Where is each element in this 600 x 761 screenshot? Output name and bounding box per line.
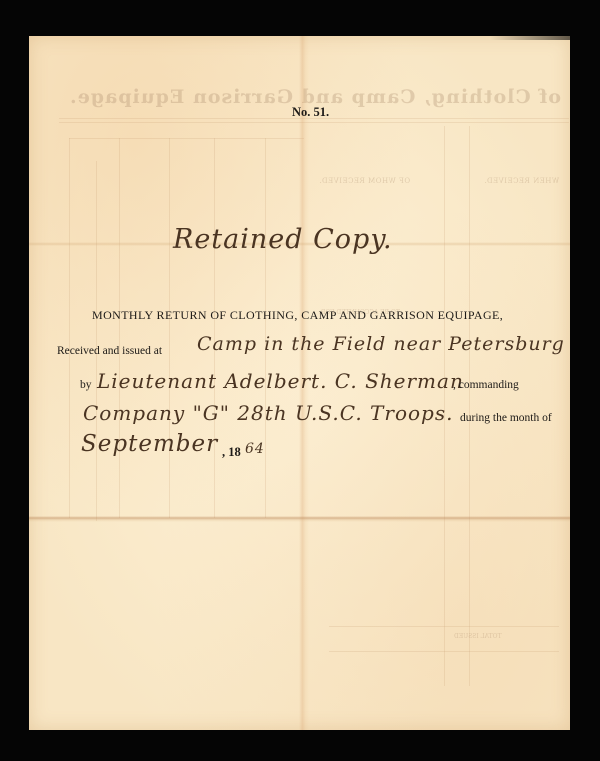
- reverse-table-line: [69, 138, 70, 518]
- form-title: MONTHLY RETURN OF CLOTHING, CAMP AND GAR…: [92, 308, 503, 323]
- reverse-table-line: [265, 138, 266, 518]
- reverse-col-of-whom: OF WHOM RECEIVED.: [319, 177, 410, 185]
- received-location: Camp in the Field near Petersburg Va: [197, 333, 570, 355]
- commanding-label: , commanding: [453, 379, 519, 391]
- reverse-rule: [329, 651, 559, 652]
- reverse-table-line: [169, 138, 170, 518]
- by-label: by: [80, 379, 92, 391]
- unit-name: Company "G" 28th U.S.C. Troops.: [83, 401, 453, 425]
- document-sheet: Monthly Return of Clothing, Camp and Gar…: [29, 36, 570, 730]
- reverse-total-label: TOTAL ISSUED: [454, 633, 502, 640]
- year-prefix: , 18: [222, 445, 241, 460]
- horizontal-fold: [29, 516, 570, 522]
- reverse-table-line: [214, 138, 215, 518]
- reverse-col-when: WHEN RECEIVED.: [484, 177, 559, 185]
- form-number: No. 51.: [292, 105, 329, 120]
- reverse-rule: [69, 138, 304, 139]
- received-label: Received and issued at: [57, 345, 162, 357]
- reverse-rule: [329, 626, 559, 627]
- officer-name: Lieutenant Adelbert. C. Sherman: [97, 369, 464, 393]
- year-suffix: 64: [245, 441, 265, 457]
- reverse-table-line: [469, 126, 470, 686]
- reverse-table-line: [119, 138, 120, 518]
- reverse-rule: [59, 122, 569, 123]
- month-name: September: [81, 431, 218, 457]
- scan-background: Monthly Return of Clothing, Camp and Gar…: [0, 0, 600, 761]
- retained-copy-annotation: Retained Copy.: [173, 224, 393, 255]
- during-label: during the month of: [460, 412, 552, 424]
- reverse-table-line: [96, 161, 97, 521]
